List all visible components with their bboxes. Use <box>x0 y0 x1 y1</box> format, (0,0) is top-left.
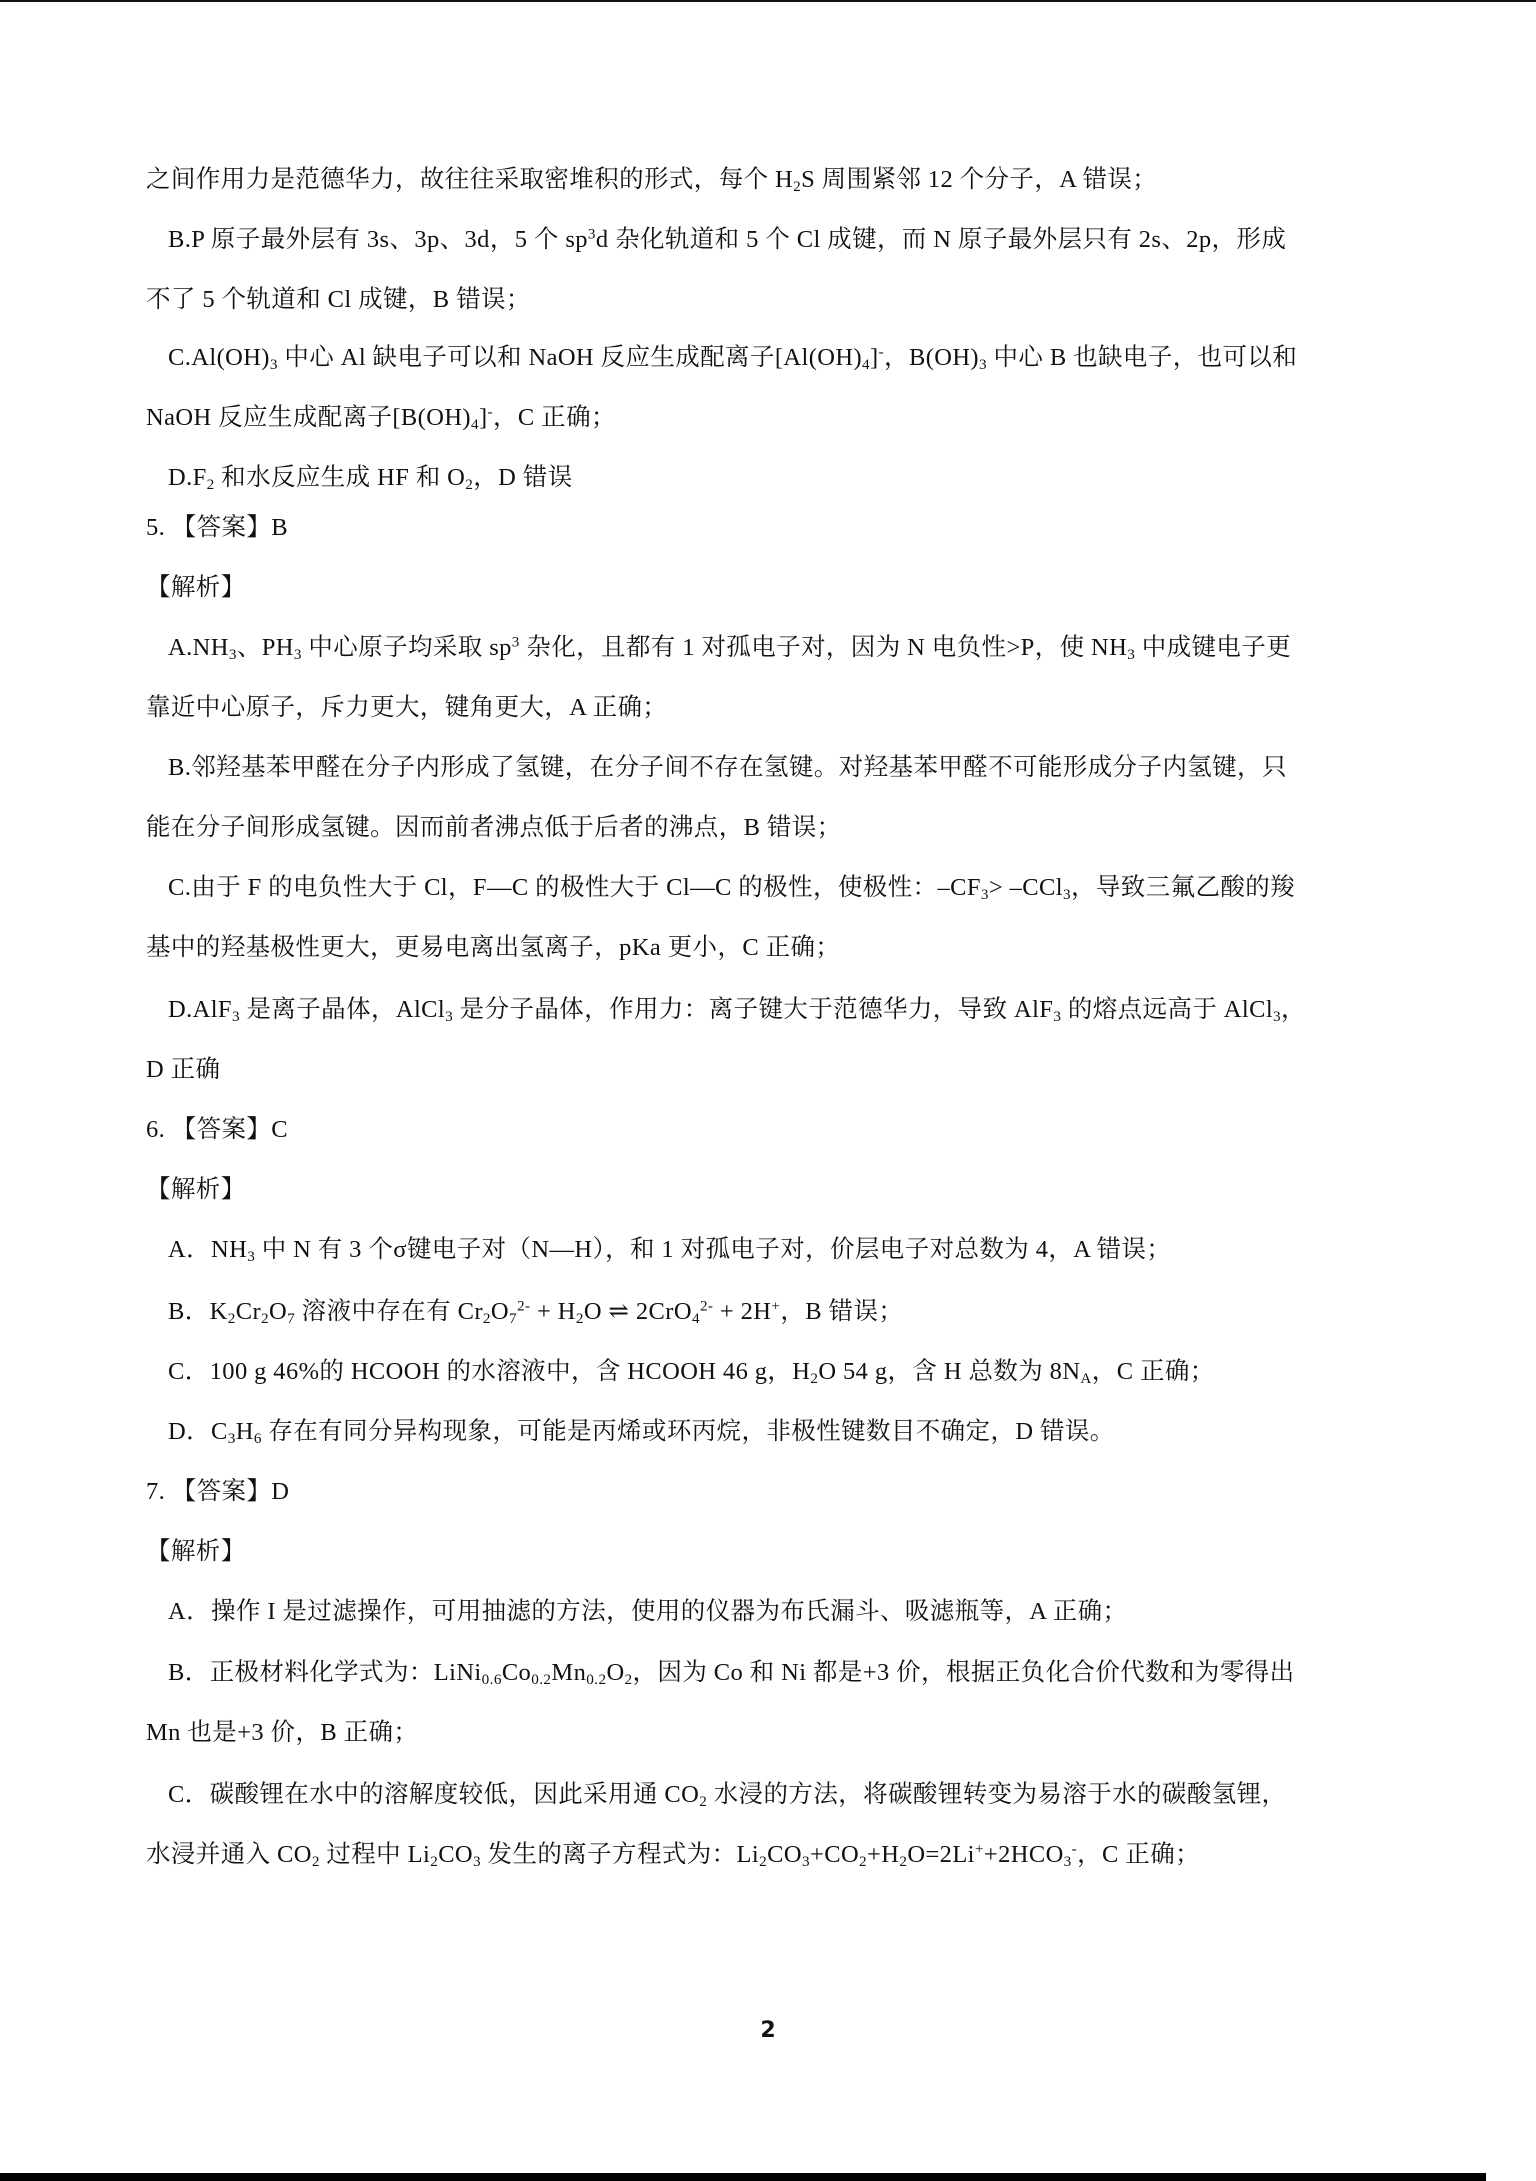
text-line: D．C3H6 存在有同分异构现象，可能是丙烯或环丙烷，非极性键数目不确定，D 错… <box>168 1417 1115 1447</box>
text-line: 5. 【答案】B <box>146 513 288 543</box>
text-line: B．正极材料化学式为：LiNi0.6Co0.2Mn0.2O2，因为 Co 和 N… <box>168 1658 1295 1688</box>
text-line: 6. 【答案】C <box>146 1115 288 1145</box>
page-number: 2 <box>0 2018 1536 2043</box>
text-line: D 正确 <box>146 1055 220 1085</box>
text-line: A．操作 I 是过滤操作，可用抽滤的方法，使用的仪器为布氏漏斗、吸滤瓶等，A 正… <box>168 1597 1127 1627</box>
text-line: 水浸并通入 CO2 过程中 Li2CO3 发生的离子方程式为：Li2CO3+CO… <box>146 1840 1200 1870</box>
text-line: 不了 5 个轨道和 Cl 成键，B 错误； <box>146 285 531 315</box>
text-line: D.F2 和水反应生成 HF 和 O2，D 错误 <box>168 463 573 493</box>
text-line: C．100 g 46%的 HCOOH 的水溶液中，含 HCOOH 46 g，H2… <box>168 1357 1215 1387</box>
text-line: Mn 也是+3 价，B 正确； <box>146 1718 418 1748</box>
text-line: A.NH3、PH3 中心原子均采取 sp3 杂化，且都有 1 对孤电子对，因为 … <box>168 633 1291 663</box>
document-page: 之间作用力是范德华力，故往往采取密堆积的形式，每个 H2S 周围紧邻 12 个分… <box>0 0 1536 2181</box>
text-line: A．NH3 中 N 有 3 个σ键电子对（N—H），和 1 对孤电子对，价层电子… <box>168 1235 1171 1265</box>
text-line: 能在分子间形成氢键。因而前者沸点低于后者的沸点，B 错误； <box>146 813 842 843</box>
text-line: 【解析】 <box>146 573 246 603</box>
text-line: 靠近中心原子，斥力更大，键角更大，A 正确； <box>146 693 667 723</box>
scan-bottom-border <box>0 2173 1486 2181</box>
text-line: NaOH 反应生成配离子[B(OH)4]-，C 正确； <box>146 403 616 433</box>
text-line: B．K2Cr2O7 溶液中存在有 Cr2O72- + H2O ⇌ 2CrO42-… <box>168 1297 903 1327</box>
text-line: C．碳酸锂在水中的溶解度较低，因此采用通 CO2 水浸的方法，将碳酸锂转变为易溶… <box>168 1780 1286 1810</box>
text-line: B.邻羟基苯甲醛在分子内形成了氢键，在分子间不存在氢键。对羟基苯甲醛不可能形成分… <box>168 753 1287 783</box>
text-line: 【解析】 <box>146 1175 246 1205</box>
text-line: 【解析】 <box>146 1537 246 1567</box>
text-line: C.Al(OH)3 中心 Al 缺电子可以和 NaOH 反应生成配离子[Al(O… <box>168 343 1297 373</box>
text-line: 之间作用力是范德华力，故往往采取密堆积的形式，每个 H2S 周围紧邻 12 个分… <box>146 165 1157 195</box>
text-line: B.P 原子最外层有 3s、3p、3d，5 个 sp3d 杂化轨道和 5 个 C… <box>168 225 1286 255</box>
text-line: D.AlF3 是离子晶体，AlCl3 是分子晶体，作用力：离子键大于范德华力，导… <box>168 995 1306 1025</box>
text-line: 基中的羟基极性更大，更易电离出氢离子，pKa 更小，C 正确； <box>146 933 840 963</box>
text-line: 7. 【答案】D <box>146 1477 289 1507</box>
text-line: C.由于 F 的电负性大于 Cl，F—C 的极性大于 Cl—C 的极性，使极性：… <box>168 873 1295 903</box>
